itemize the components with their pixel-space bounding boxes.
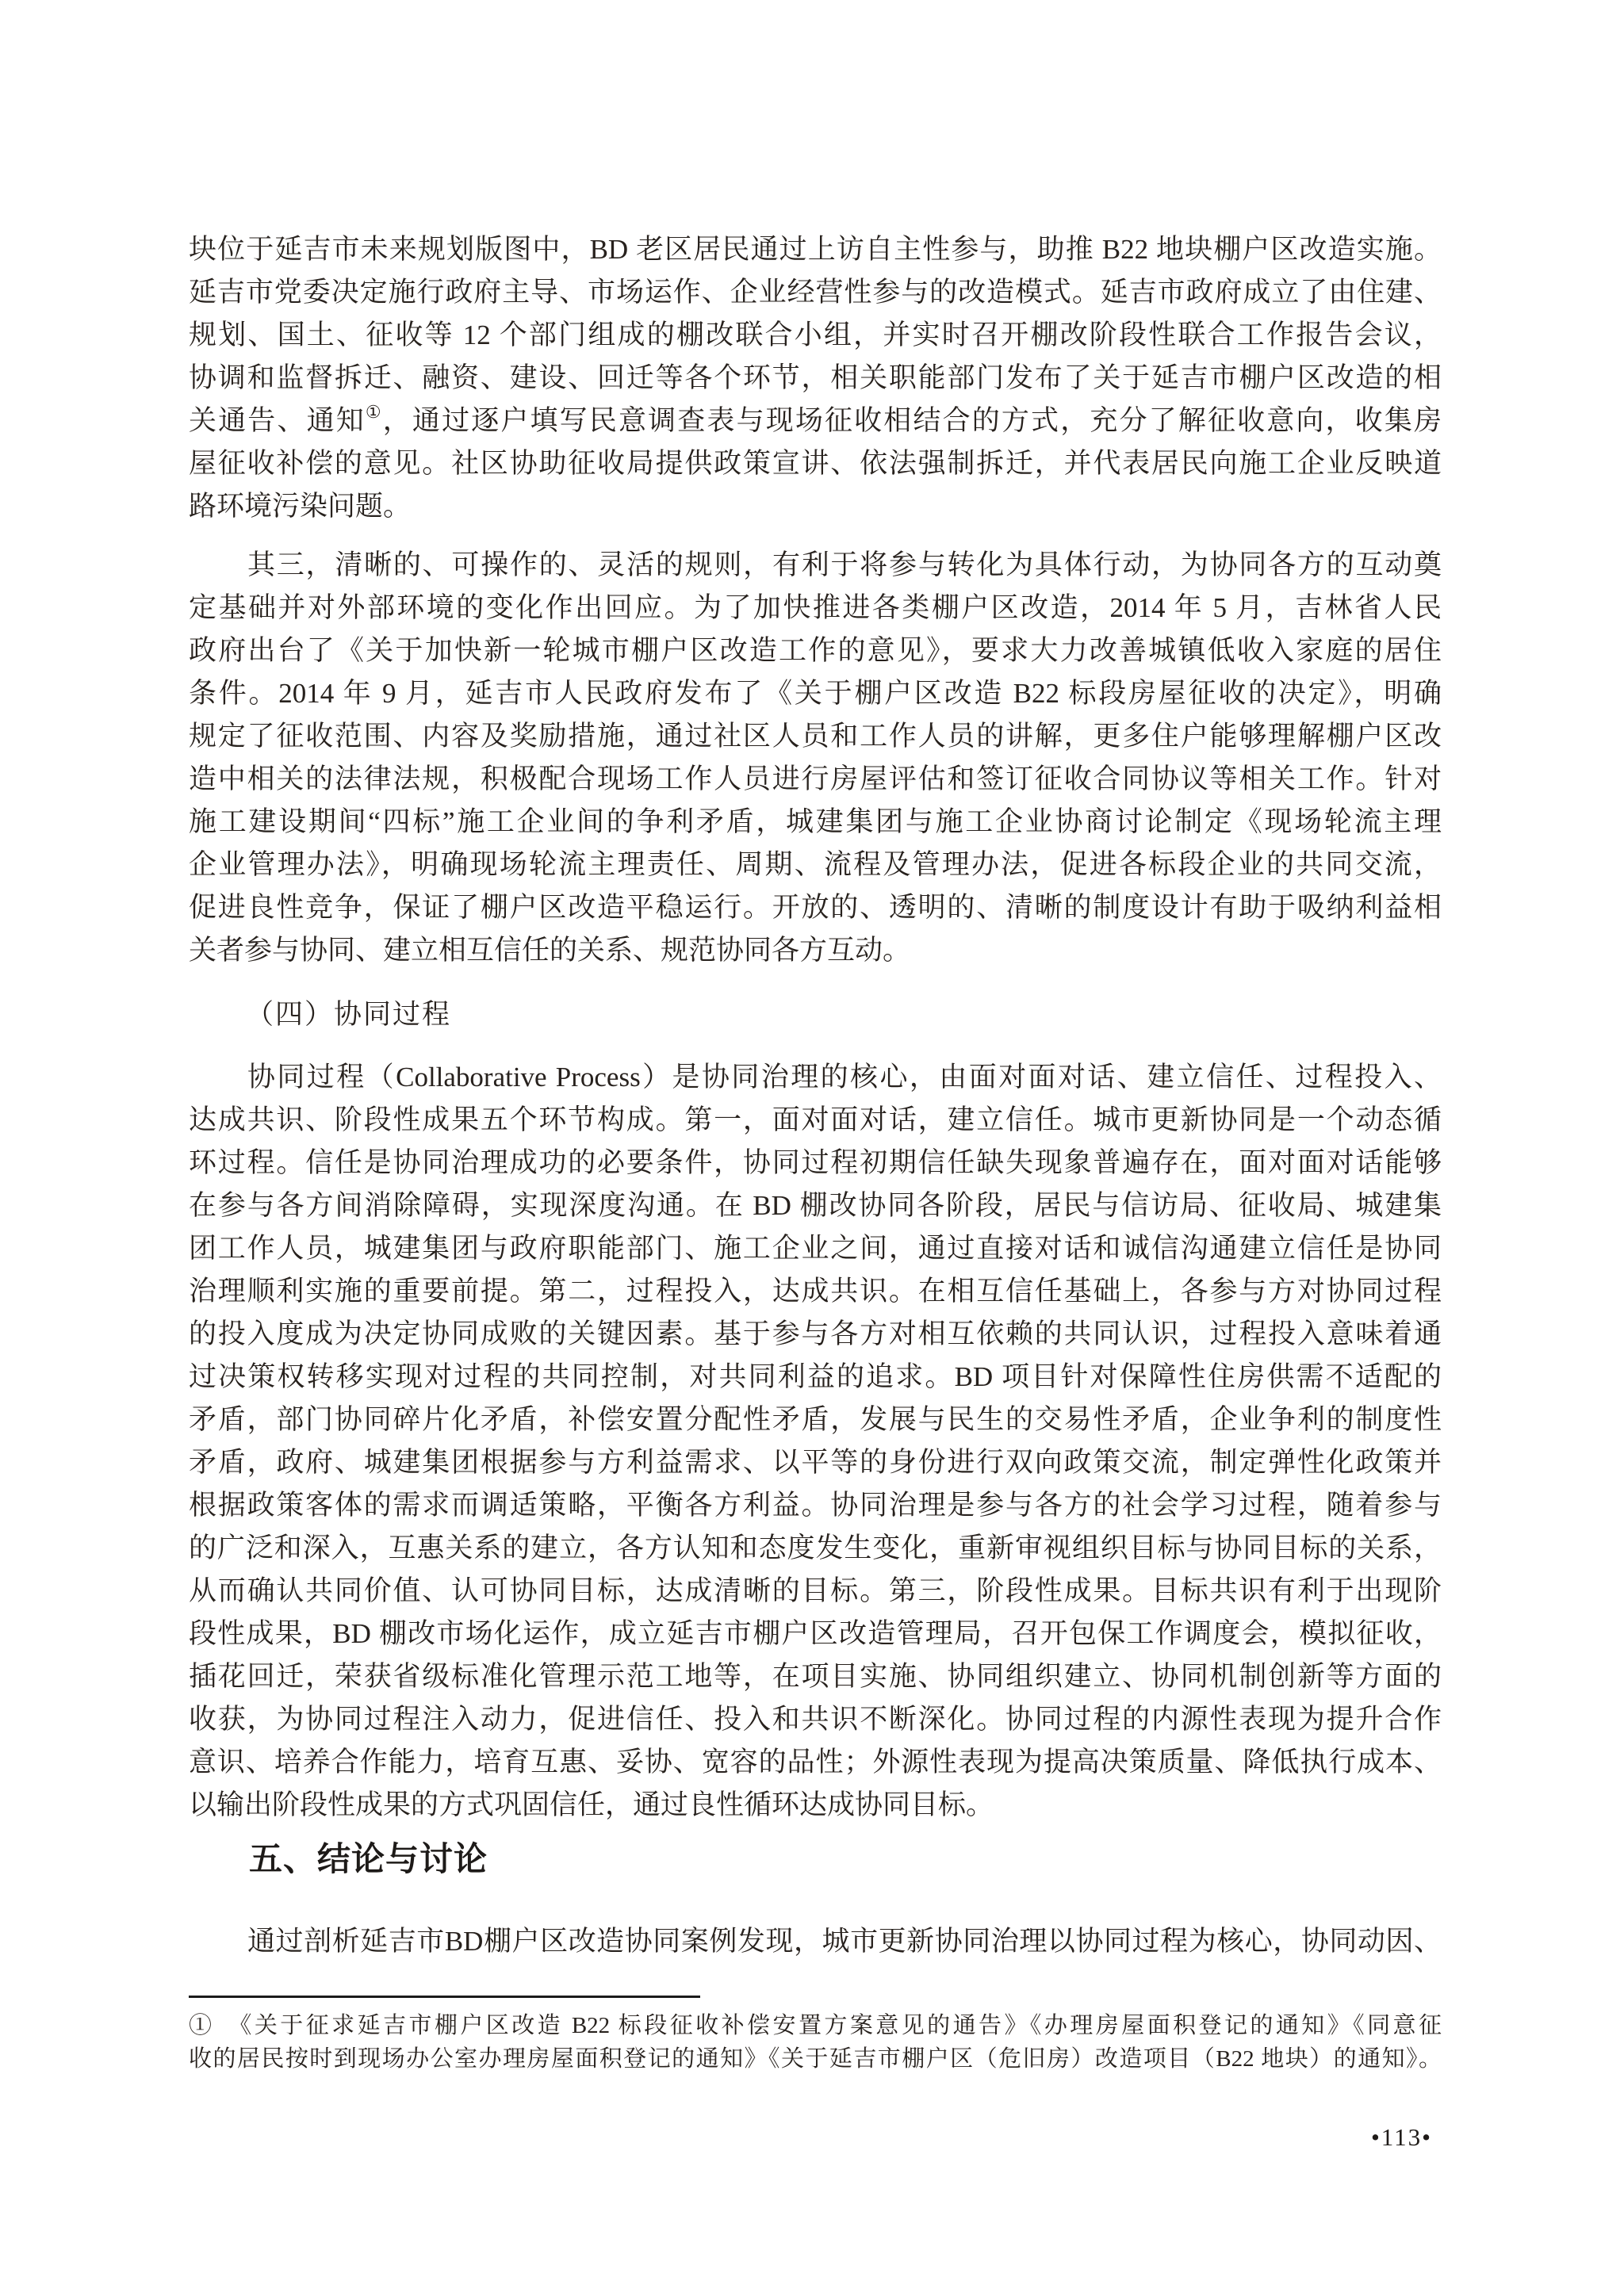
text-line: 治理顺利实施的重要前提。第二，过程投入，达成共识。在相互信任基础上，各参与方对协…: [189, 1270, 1442, 1313]
text-line: 在参与各方间消除障碍，实现深度沟通。在 BD 棚改协同各阶段，居民与信访局、征收…: [189, 1184, 1442, 1227]
text-line: 段性成果，BD 棚改市场化运作，成立延吉市棚户区改造管理局，召开包保工作调度会，…: [189, 1613, 1442, 1655]
text-line: 其三，清晰的、可操作的、灵活的规则，有利于将参与转化为具体行动，为协同各方的互动…: [189, 544, 1442, 587]
text-line: 矛盾，政府、城建集团根据参与方利益需求、以平等的身份进行双向政策交流，制定弹性化…: [189, 1441, 1442, 1484]
text-line: 插花回迁，荣获省级标准化管理示范工地等，在项目实施、协同组织建立、协同机制创新等…: [189, 1655, 1442, 1698]
text-line: 施工建设期间“四标”施工企业间的争利矛盾，城建集团与施工企业协商讨论制定《现场轮…: [189, 801, 1442, 844]
text-line: 造中相关的法律法规，积极配合现场工作人员进行房屋评估和签订征收合同协议等相关工作…: [189, 758, 1442, 801]
text-line: 政府出台了《关于加快新一轮城市棚户区改造工作的意见》，要求大力改善城镇低收入家庭…: [189, 629, 1442, 672]
text-line: 环过程。信任是协同治理成功的必要条件，协同过程初期信任缺失现象普遍存在，面对面对…: [189, 1142, 1442, 1184]
paragraph-rules: 其三，清晰的、可操作的、灵活的规则，有利于将参与转化为具体行动，为协同各方的互动…: [189, 544, 1442, 972]
text-line: 路环境污染问题。: [189, 485, 1442, 528]
text-line: 的投入度成为决定协同成败的关键因素。基于参与各方对相互依赖的共同认识，过程投入意…: [189, 1313, 1442, 1356]
text-column: 块位于延吉市未来规划版图中，BD 老区居民通过上访自主性参与，助推 B22 地块…: [189, 0, 1442, 2296]
text-line: 以输出阶段性成果的方式巩固信任，通过良性循环达成协同目标。: [189, 1784, 1442, 1827]
text-line: 企业管理办法》，明确现场轮流主理责任、周期、流程及管理办法，促进各标段企业的共同…: [189, 844, 1442, 886]
text-line: 根据政策客体的需求而调适策略，平衡各方利益。协同治理是参与各方的社会学习过程，随…: [189, 1484, 1442, 1527]
paragraph-continuation: 块位于延吉市未来规划版图中，BD 老区居民通过上访自主性参与，助推 B22 地块…: [189, 228, 1442, 528]
text-line: 关者参与协同、建立相互信任的关系、规范协同各方互动。: [189, 929, 1442, 972]
subsection-heading: （四）协同过程: [189, 993, 1442, 1036]
text-line: 规划、国土、征收等 12 个部门组成的棚改联合小组，并实时召开棚改阶段性联合工作…: [189, 314, 1442, 357]
text-line: 定基础并对外部环境的变化作出回应。为了加快推进各类棚户区改造，2014 年 5 …: [189, 587, 1442, 629]
text-line: 的广泛和深入，互惠关系的建立，各方认知和态度发生变化，重新审视组织目标与协同目标…: [189, 1527, 1442, 1570]
text-line: 收的居民按时到现场办公室办理房屋面积登记的通知》《关于延吉市棚户区（危旧房）改造…: [189, 2042, 1442, 2076]
text-line: 收获，为协同过程注入动力，促进信任、投入和共识不断深化。协同过程的内源性表现为提…: [189, 1698, 1442, 1741]
text-line: 屋征收补偿的意见。社区协助征收局提供政策宣讲、依法强制拆迁，并代表居民向施工企业…: [189, 442, 1442, 485]
text-line: 条件。2014 年 9 月，延吉市人民政府发布了《关于棚户区改造 B22 标段房…: [189, 672, 1442, 715]
page-number: •113•: [189, 2123, 1442, 2152]
text-line: 达成共识、阶段性成果五个环节构成。第一，面对面对话，建立信任。城市更新协同是一个…: [189, 1099, 1442, 1142]
text-line: 规定了征收范围、内容及奖励措施，通过社区人员和工作人员的讲解，更多住户能够理解棚…: [189, 715, 1442, 758]
text-line: 通过剖析延吉市BD棚户区改造协同案例发现，城市更新协同治理以协同过程为核心，协同…: [189, 1920, 1442, 1963]
text-line: 过决策权转移实现对过程的共同控制，对共同利益的追求。BD 项目针对保障性住房供需…: [189, 1356, 1442, 1399]
footnote: ① 《关于征求延吉市棚户区改造 B22 标段征收补偿安置方案意见的通告》《办理房…: [189, 2009, 1442, 2076]
section-heading: 五、结论与讨论: [189, 1836, 1442, 1882]
document-page: 块位于延吉市未来规划版图中，BD 老区居民通过上访自主性参与，助推 B22 地块…: [0, 0, 1624, 2296]
text-line: 团工作人员，城建集团与政府职能部门、施工企业之间，通过直接对话和诚信沟通建立信任…: [189, 1227, 1442, 1270]
paragraph-collaborative-process: 协同过程（Collaborative Process）是协同治理的核心，由面对面…: [189, 1056, 1442, 1827]
footnote-divider: [189, 1996, 700, 1998]
text-line: 促进良性竞争，保证了棚户区改造平稳运行。开放的、透明的、清晰的制度设计有助于吸纳…: [189, 886, 1442, 929]
text-line: 协同过程（Collaborative Process）是协同治理的核心，由面对面…: [189, 1056, 1442, 1099]
text-line: 矛盾，部门协同碎片化矛盾，补偿安置分配性矛盾，发展与民生的交易性矛盾，企业争利的…: [189, 1399, 1442, 1441]
text-line: 延吉市党委决定施行政府主导、市场运作、企业经营性参与的改造模式。延吉市政府成立了…: [189, 271, 1442, 314]
footnote-ref: ①: [366, 402, 383, 422]
text-line: ① 《关于征求延吉市棚户区改造 B22 标段征收补偿安置方案意见的通告》《办理房…: [189, 2009, 1442, 2042]
text-line: 从而确认共同价值、认可协同目标，达成清晰的目标。第三，阶段性成果。目标共识有利于…: [189, 1570, 1442, 1613]
text-line: 块位于延吉市未来规划版图中，BD 老区居民通过上访自主性参与，助推 B22 地块…: [189, 228, 1442, 271]
text-line: 意识、培养合作能力，培育互惠、妥协、宽容的品性；外源性表现为提高决策质量、降低执…: [189, 1741, 1442, 1784]
paragraph-conclusion-intro: 通过剖析延吉市BD棚户区改造协同案例发现，城市更新协同治理以协同过程为核心，协同…: [189, 1920, 1442, 1963]
text-line: 协调和监督拆迁、融资、建设、回迁等各个环节，相关职能部门发布了关于延吉市棚户区改…: [189, 357, 1442, 400]
text-line: 关通告、通知①，通过逐户填写民意调查表与现场征收相结合的方式，充分了解征收意向，…: [189, 400, 1442, 442]
